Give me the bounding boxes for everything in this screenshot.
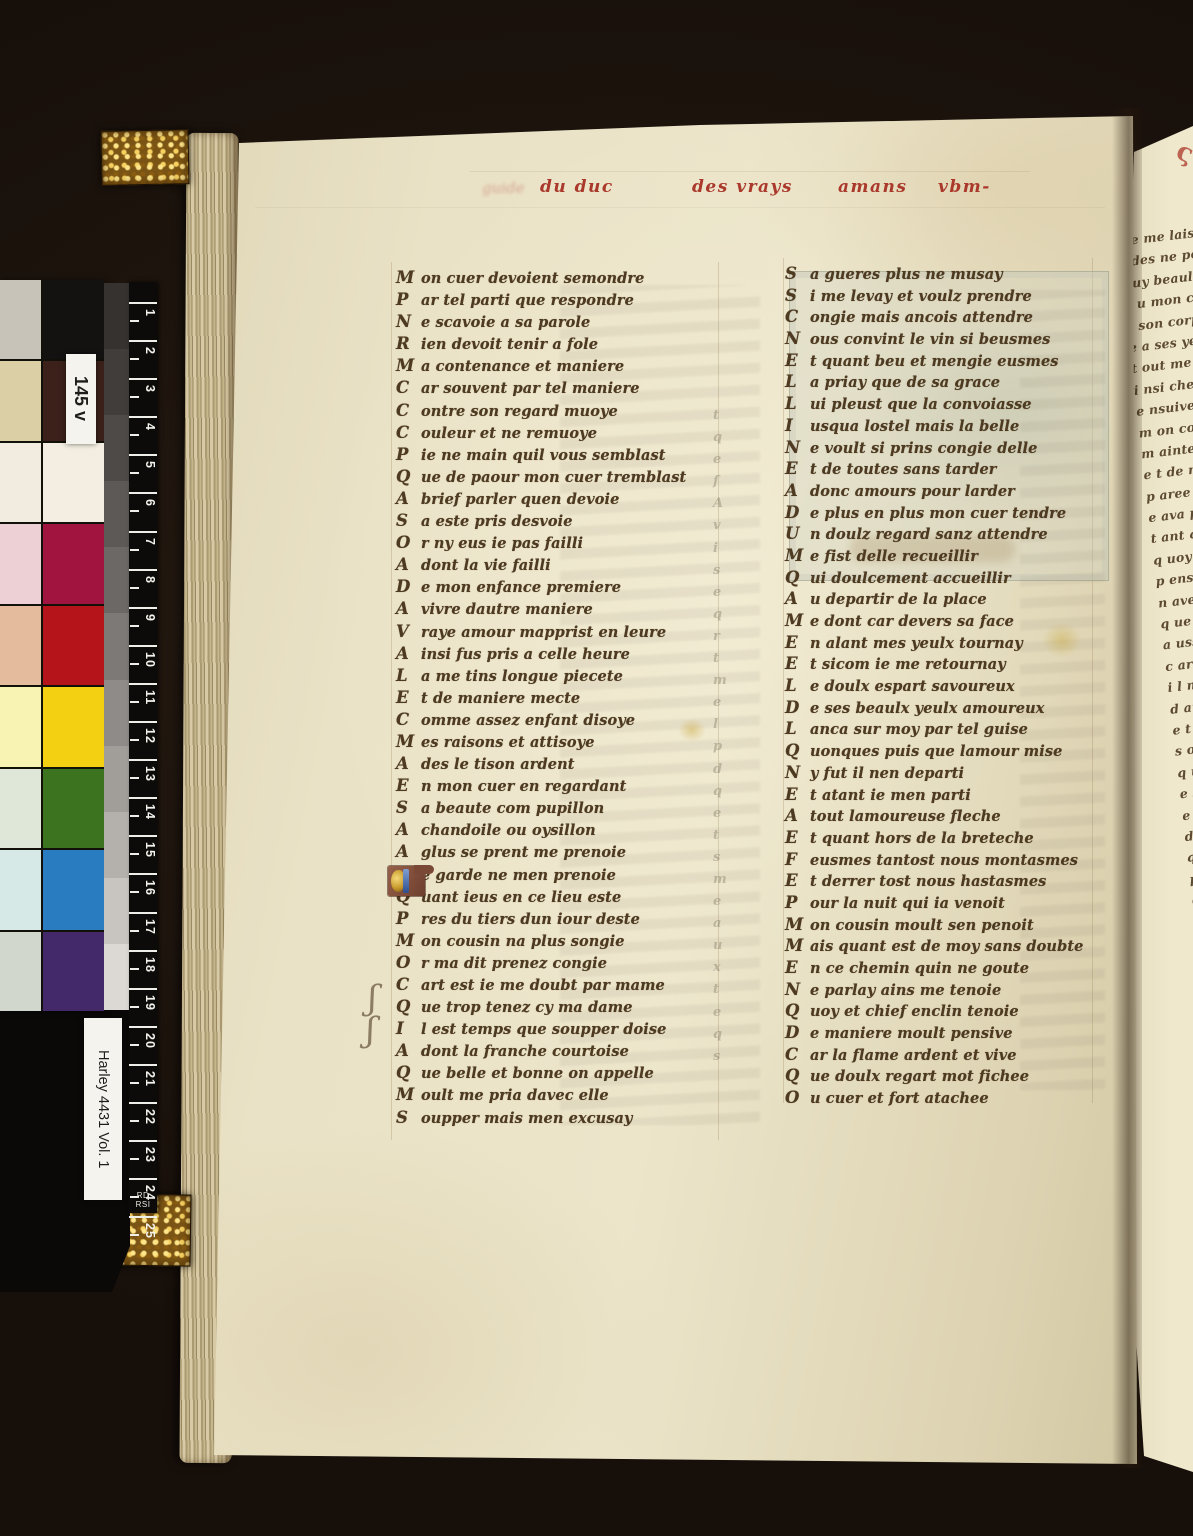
ruler-number: 18 [143, 957, 157, 973]
ruler-segment: 11 [129, 683, 157, 721]
color-patch [43, 769, 104, 848]
ruler-number: 23 [143, 1147, 157, 1163]
color-patch [43, 932, 104, 1011]
ruler-segment: 2 [129, 340, 157, 378]
ruler-segment: 17 [129, 912, 157, 950]
gray-step [104, 481, 129, 547]
gray-step [104, 944, 129, 1010]
color-patch-row [0, 280, 104, 359]
ruler-number: 14 [143, 804, 157, 820]
color-calibration-chart: 1 2 3 4 5 [0, 0, 1193, 1536]
color-patch [0, 524, 41, 603]
ruler-segment: 22 [129, 1102, 157, 1140]
ruler-number: 1 [143, 309, 157, 317]
color-patch-row [0, 932, 104, 1011]
ruler-number: 21 [143, 1071, 157, 1087]
grayscale-strip [104, 283, 129, 1010]
ruler-segment: 4 [129, 416, 157, 454]
ruler-number: 3 [143, 385, 157, 393]
ruler-number: 16 [143, 880, 157, 896]
color-patch [43, 280, 104, 359]
ruler-segment: 8 [129, 569, 157, 607]
color-patch-row [0, 606, 104, 685]
ruler-number: 17 [143, 919, 157, 935]
color-patch [0, 932, 41, 1011]
gray-step [104, 878, 129, 944]
color-patch [43, 524, 104, 603]
ruler-number: 20 [143, 1033, 157, 1049]
gray-step [104, 349, 129, 415]
ruler-number: 11 [143, 690, 157, 705]
ruler-footer: RD RSI [129, 1191, 157, 1209]
gray-step [104, 680, 129, 746]
ruler-segment: 15 [129, 835, 157, 873]
ruler-number: 2 [143, 347, 157, 355]
manuscript-photo: ς n e me laissz des ne pot uy beaultee u… [0, 0, 1193, 1536]
gray-step [104, 812, 129, 878]
gray-step [104, 613, 129, 679]
ruler-number: 13 [143, 766, 157, 782]
ruler-segment: 1 [129, 302, 157, 340]
folio-label: 145 v [66, 354, 96, 444]
color-patch [43, 606, 104, 685]
ruler-segment: 9 [129, 607, 157, 645]
color-patch [0, 769, 41, 848]
gray-step [104, 283, 129, 349]
ruler-segment: 20 [129, 1026, 157, 1064]
ruler: 1 2 3 4 5 [129, 282, 157, 1213]
ruler-number: 10 [143, 652, 157, 668]
ruler-segment: 5 [129, 454, 157, 492]
chart-backing [0, 0, 1193, 1536]
ruler-number: 12 [143, 728, 157, 744]
gray-step [104, 547, 129, 613]
ruler-segment: 12 [129, 721, 157, 759]
gray-step [104, 746, 129, 812]
ruler-number: 22 [143, 1109, 157, 1125]
color-patch [0, 361, 41, 440]
ruler-number: 5 [143, 461, 157, 469]
ruler-number: 7 [143, 538, 157, 546]
ruler-segment: 23 [129, 1140, 157, 1178]
color-patch [0, 443, 41, 522]
color-patch [0, 280, 41, 359]
color-patch [0, 687, 41, 766]
ruler-number: 25 [143, 1223, 157, 1239]
ruler-segment: 19 [129, 988, 157, 1026]
color-patch [43, 850, 104, 929]
ruler-number: 6 [143, 499, 157, 507]
color-patch-row [0, 687, 104, 766]
color-patch [0, 606, 41, 685]
ruler-number: 15 [143, 842, 157, 858]
ruler-segment: 3 [129, 378, 157, 416]
ruler-segment: 14 [129, 797, 157, 835]
ruler-segment: 7 [129, 531, 157, 569]
ruler-segment: 13 [129, 759, 157, 797]
color-patch-row [0, 524, 104, 603]
ruler-segment: 21 [129, 1064, 157, 1102]
color-patch [43, 687, 104, 766]
color-patch [43, 443, 104, 522]
ruler-segment: 18 [129, 950, 157, 988]
ruler-segment: 6 [129, 492, 157, 530]
ruler-number: 4 [143, 423, 157, 431]
ruler-number: 9 [143, 614, 157, 622]
gray-step [104, 415, 129, 481]
color-patch [0, 850, 41, 929]
color-patch-row [0, 443, 104, 522]
ruler-scale: 1 2 3 4 5 [129, 302, 157, 1254]
ruler-segment: 25 [129, 1216, 157, 1254]
ruler-number: 19 [143, 995, 157, 1011]
shelfmark-label: Harley 4431 Vol. 1 [84, 1018, 122, 1200]
ruler-segment: 10 [129, 645, 157, 683]
color-patch-row [0, 769, 104, 848]
color-patch-row [0, 850, 104, 929]
ruler-segment: 16 [129, 873, 157, 911]
ruler-number: 8 [143, 576, 157, 584]
